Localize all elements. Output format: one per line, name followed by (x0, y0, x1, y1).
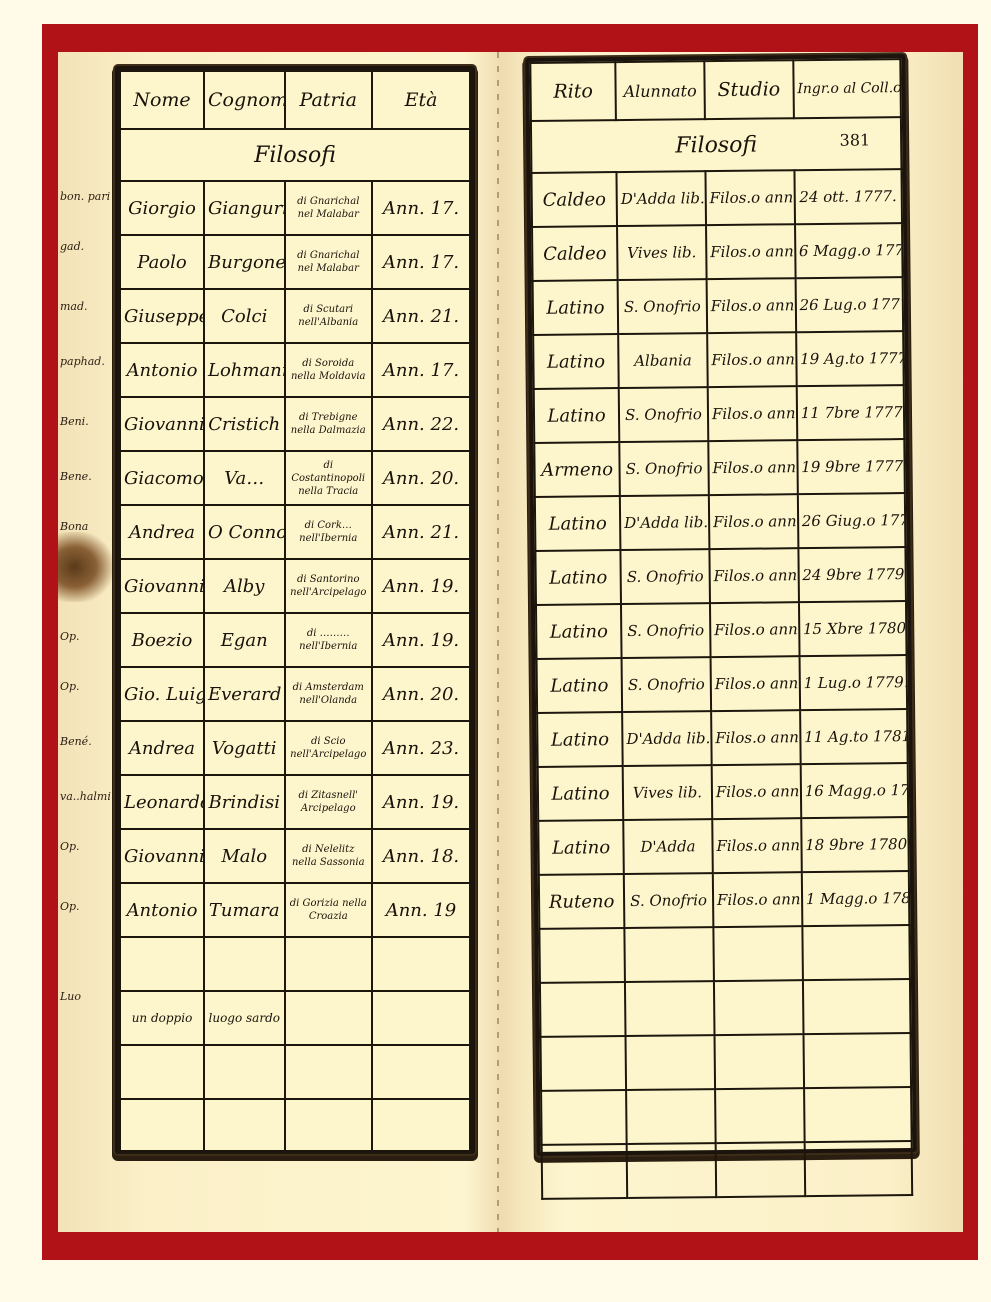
cell-patria (285, 937, 373, 991)
cell-ingresso: 26 Giug.o 1778. (798, 493, 906, 548)
enrollment-table: Rito Alunnato Studio Ingr.o al Coll.o Fi… (529, 58, 913, 1200)
cell-cognome: Malo (204, 829, 285, 883)
cell-nome: Antonio (120, 883, 204, 937)
section-title: Filosofi (675, 132, 757, 158)
cell-ingresso: 18 9bre 1780. (801, 817, 909, 872)
column-header-alunnato: Alunnato (615, 61, 704, 120)
cell-studio: Filos.o ann. 2. (708, 386, 797, 441)
table-row: GiuseppeColcidi Scutari nell'AlbaniaAnn.… (120, 289, 470, 343)
cell-cognome: Tumara (204, 883, 285, 937)
cell-cognome: Brindisi (204, 775, 285, 829)
cell-studio: Filos.o ann. 2. (705, 170, 794, 225)
table-row: AntonioLohmanndi Soroida nella MoldaviaA… (120, 343, 470, 397)
cell-studio: Filos.o ann. 2. (713, 872, 802, 927)
margin-note: mad. (60, 300, 88, 313)
cell-rito: Caldeo (532, 226, 618, 281)
cell-nome (120, 1099, 204, 1153)
cell-eta: Ann. 21. (372, 289, 470, 343)
cell-alunnato: D'Adda lib. (617, 171, 706, 226)
table-row: GiorgioGianguridedi Gnarichal nel Malaba… (120, 181, 470, 235)
table-row: LatinoVives lib.Filos.o ann. 2.16 Magg.o… (538, 763, 909, 821)
cell-patria: di Gnarichal nel Malabar (285, 181, 373, 235)
cell-patria (285, 1045, 373, 1099)
cell-cognome: Alby (204, 559, 285, 613)
cell-rito: Latino (535, 550, 621, 605)
cell-rito: Latino (534, 388, 620, 443)
cell-eta: Ann. 19. (372, 559, 470, 613)
cell-alunnato: D'Adda (623, 819, 712, 874)
margin-note: Op. (60, 680, 80, 693)
column-header-patria: Patria (285, 71, 373, 129)
table-row (120, 1045, 470, 1099)
cell-nome: Paolo (120, 235, 204, 289)
cell-ingresso: 15 Xbre 1780. (799, 601, 907, 656)
cell-alunnato: S. Onofrio (622, 657, 711, 712)
table-row: LatinoAlbaniaFilos.o ann. 2.19 Ag.to 177… (533, 331, 904, 389)
cell-studio: Filos.o ann. 2. (709, 494, 798, 549)
table-row: CaldeoD'Adda lib.Filos.o ann. 2.24 ott. … (531, 169, 902, 227)
table-row: LatinoS. OnofrioFilos.o ann. 2.1 Lug.o 1… (537, 655, 908, 713)
table-row: ArmenoS. OnofrioFilos.o ann. 2.19 9bre 1… (534, 439, 905, 497)
table-row: AndreaO Connordi Cork… nell'IberniaAnn. … (120, 505, 470, 559)
margin-note: paphad. (60, 355, 105, 368)
table-row: GiovanniMalodi Nelelitz nella SassoniaAn… (120, 829, 470, 883)
cell-eta: Ann. 22. (372, 397, 470, 451)
cell-cognome: Va… (204, 451, 285, 505)
cell-alunnato: S. Onofrio (624, 873, 713, 928)
table-row: LatinoS. OnofrioFilos.o ann. 2.24 9bre 1… (535, 547, 906, 605)
cell-alunnato: Albania (618, 333, 707, 388)
cell-alunnato: S. Onofrio (618, 279, 707, 334)
cell-cognome: O Connor (204, 505, 285, 559)
margin-note: Bené. (60, 735, 92, 748)
cell-studio: Filos.o ann. 2. (712, 764, 801, 819)
cell-ingresso: 1 Magg.o 1783. (801, 871, 909, 926)
cell-eta: Ann. 17. (372, 235, 470, 289)
column-header-nome: Nome (120, 71, 204, 129)
table-row: LeonardoBrindisidi Zitasnell' Arcipelago… (120, 775, 470, 829)
cell-eta: Ann. 20. (372, 451, 470, 505)
cell-ingresso (803, 979, 911, 1034)
cell-patria: di Scio nell'Arcipelago (285, 721, 373, 775)
right-page-table: Rito Alunnato Studio Ingr.o al Coll.o Fi… (525, 54, 916, 1156)
cell-cognome: Colci (204, 289, 285, 343)
cell-studio (713, 926, 802, 981)
cell-studio (714, 1034, 803, 1089)
cell-rito: Armeno (534, 442, 620, 497)
cell-eta: Ann. 19. (372, 775, 470, 829)
cell-nome (120, 1045, 204, 1099)
table-row: AndreaVogattidi Scio nell'ArcipelagoAnn.… (120, 721, 470, 775)
cell-eta: Ann. 19 (372, 883, 470, 937)
cell-eta: Ann. 21. (372, 505, 470, 559)
cell-rito: Caldeo (531, 172, 617, 227)
margin-note: gad. (60, 240, 84, 253)
table-row: PaoloBurgonevodi Gnarichal nel MalabarAn… (120, 235, 470, 289)
cell-ingresso: 11 7bre 1777. (796, 385, 904, 440)
cell-patria: di Amsterdam nell'Olanda (285, 667, 373, 721)
cell-rito (539, 928, 625, 983)
cell-cognome (204, 1099, 285, 1153)
margin-note: Bona (60, 520, 88, 533)
cell-eta (372, 1045, 470, 1099)
cell-studio: Filos.o ann. 2. (706, 278, 795, 333)
column-header-ingresso: Ingr.o al Coll.o (793, 59, 901, 118)
cell-alunnato: D'Adda lib. (622, 711, 711, 766)
cell-rito (540, 982, 626, 1037)
cell-patria: di Cork… nell'Ibernia (285, 505, 373, 559)
cell-ingresso: 19 9bre 1777. (797, 439, 905, 494)
column-header-rito: Rito (530, 62, 616, 121)
section-row: Filosofi 381 (531, 117, 902, 173)
table-row: GiovanniCristichdi Trebigne nella Dalmaz… (120, 397, 470, 451)
table-row (541, 1087, 912, 1145)
students-table: Nome Cognome Patria Età Filosofi Giorgio… (119, 70, 471, 1154)
cell-nome: Antonio (120, 343, 204, 397)
cell-eta: Ann. 18. (372, 829, 470, 883)
cell-rito: Latino (537, 712, 623, 767)
cell-ingresso: 24 ott. 1777. (794, 169, 902, 224)
cell-ingresso: 26 Lug.o 1777. (795, 277, 903, 332)
cell-nome: un doppio (120, 991, 204, 1045)
cell-nome: Giovanni (120, 559, 204, 613)
cell-eta: Ann. 20. (372, 667, 470, 721)
cell-rito (541, 1090, 627, 1145)
cell-rito (541, 1036, 627, 1091)
table-row (540, 979, 911, 1037)
table-row (120, 1099, 470, 1153)
cell-cognome: Cristich (204, 397, 285, 451)
cell-ingresso: 24 9bre 1779. (798, 547, 906, 602)
left-page-table: Nome Cognome Patria Età Filosofi Giorgio… (115, 66, 475, 1154)
cell-patria (285, 991, 373, 1045)
ink-stain (58, 532, 113, 602)
cell-nome: Gio. Luigi (120, 667, 204, 721)
cell-eta (372, 1099, 470, 1153)
cell-nome: Andrea (120, 505, 204, 559)
cell-alunnato: Vives lib. (617, 225, 706, 280)
margin-note: Bene. (60, 470, 92, 483)
cell-ingresso (804, 1087, 912, 1142)
folio-number: 381 (839, 130, 870, 149)
table-row (541, 1033, 912, 1091)
cell-cognome: Lohmann (204, 343, 285, 397)
cell-nome: Giovanni (120, 829, 204, 883)
cell-ingresso: 6 Magg.o 1777. (795, 223, 903, 278)
cell-rito: Ruteno (539, 874, 625, 929)
cell-alunnato: Vives lib. (623, 765, 712, 820)
cell-eta: Ann. 23. (372, 721, 470, 775)
column-header-cognome: Cognome (204, 71, 285, 129)
cell-studio (714, 980, 803, 1035)
cell-ingresso: 1 Lug.o 1779. (799, 655, 907, 710)
margin-note: Beni. (60, 415, 89, 428)
cell-cognome: Burgonevo (204, 235, 285, 289)
cell-studio: Filos.o ann. 2. (708, 440, 797, 495)
cell-rito: Latino (538, 766, 624, 821)
cell-rito: Latino (536, 604, 622, 659)
cell-eta (372, 991, 470, 1045)
cell-rito: Latino (538, 820, 624, 875)
cell-cognome (204, 1045, 285, 1099)
cell-ingresso: 19 Ag.to 1777. (796, 331, 904, 386)
cell-ingresso (804, 1141, 912, 1196)
table-row: GiacomoVa…di Costantinopoli nella Tracia… (120, 451, 470, 505)
cell-studio: Filos.o ann. 2. (710, 656, 799, 711)
table-row (542, 1141, 913, 1199)
table-row: LatinoS. OnofrioFilos.o ann. 2.11 7bre 1… (534, 385, 905, 443)
cell-nome: Leonardo (120, 775, 204, 829)
column-header-studio: Studio (704, 60, 793, 119)
table-row: GiovanniAlbydi Santorino nell'Arcipelago… (120, 559, 470, 613)
table-row (539, 925, 910, 983)
cell-alunnato (627, 1143, 716, 1198)
cell-eta: Ann. 17. (372, 181, 470, 235)
header-row: Nome Cognome Patria Età (120, 71, 470, 129)
table-row: RutenoS. OnofrioFilos.o ann. 2.1 Magg.o … (539, 871, 910, 929)
cell-cognome: Vogatti (204, 721, 285, 775)
margin-note: Luo (60, 990, 81, 1003)
table-row: LatinoD'AddaFilos.o ann. 2.18 9bre 1780. (538, 817, 909, 875)
cell-patria: di Nelelitz nella Sassonia (285, 829, 373, 883)
cell-nome: Giuseppe (120, 289, 204, 343)
cell-ingresso (803, 1033, 911, 1088)
book-gutter (497, 52, 499, 1232)
cell-alunnato: S. Onofrio (619, 387, 708, 442)
table-row: BoezioEgandi ……… nell'IberniaAnn. 19. (120, 613, 470, 667)
cell-studio: Filos.o ann. 2. (712, 818, 801, 873)
table-row: LatinoS. OnofrioFilos.o ann. 2.26 Lug.o … (533, 277, 904, 335)
table-row: LatinoD'Adda lib.Filos.o ann. 2.26 Giug.… (535, 493, 906, 551)
cell-patria: di Zitasnell' Arcipelago (285, 775, 373, 829)
cell-patria: di Costantinopoli nella Tracia (285, 451, 373, 505)
cell-alunnato (626, 1035, 715, 1090)
margin-note: Op. (60, 630, 80, 643)
cell-nome (120, 937, 204, 991)
cell-nome: Giacomo (120, 451, 204, 505)
cell-alunnato (626, 1089, 715, 1144)
cell-eta: Ann. 19. (372, 613, 470, 667)
cell-eta (372, 937, 470, 991)
cell-patria: di Trebigne nella Dalmazia (285, 397, 373, 451)
cell-rito: Latino (537, 658, 623, 713)
table-row: LatinoS. OnofrioFilos.o ann. 2.15 Xbre 1… (536, 601, 907, 659)
table-row: CaldeoVives lib.Filos.o ann. 2.6 Magg.o … (532, 223, 903, 281)
header-row: Rito Alunnato Studio Ingr.o al Coll.o (530, 59, 901, 121)
cell-patria (285, 1099, 373, 1153)
cell-patria: di Gnarichal nel Malabar (285, 235, 373, 289)
cell-nome: Andrea (120, 721, 204, 775)
table-row (120, 937, 470, 991)
cell-nome: Boezio (120, 613, 204, 667)
cell-cognome: Egan (204, 613, 285, 667)
cell-patria: di Scutari nell'Albania (285, 289, 373, 343)
cell-rito: Latino (533, 280, 619, 335)
cell-cognome: Gianguride (204, 181, 285, 235)
cell-rito: Latino (533, 334, 619, 389)
table-row: un doppioluogo sardo (120, 991, 470, 1045)
cell-rito: Latino (535, 496, 621, 551)
cell-cognome: luogo sardo (204, 991, 285, 1045)
cell-studio: Filos.o ann. 2. (707, 332, 796, 387)
cell-alunnato: S. Onofrio (621, 549, 710, 604)
cell-ingresso: 16 Magg.o 1780. (800, 763, 908, 818)
section-row: Filosofi (120, 129, 470, 181)
column-header-eta: Età (372, 71, 470, 129)
cell-rito (542, 1144, 628, 1199)
cell-alunnato: S. Onofrio (619, 441, 708, 496)
cell-studio: Filos.o ann. 2. (709, 548, 798, 603)
table-row: AntonioTumaradi Gorizia nella CroaziaAnn… (120, 883, 470, 937)
cell-cognome: Everard (204, 667, 285, 721)
cell-patria: di Gorizia nella Croazia (285, 883, 373, 937)
cell-studio: Filos.o ann. 2. (706, 224, 795, 279)
cell-patria: di Santorino nell'Arcipelago (285, 559, 373, 613)
cell-ingresso: 11 Ag.to 1781. (800, 709, 908, 764)
margin-note: Op. (60, 900, 80, 913)
margin-note: Op. (60, 840, 80, 853)
cell-alunnato (625, 981, 714, 1036)
cell-patria: di ……… nell'Ibernia (285, 613, 373, 667)
cell-eta: Ann. 17. (372, 343, 470, 397)
cell-nome: Giorgio (120, 181, 204, 235)
cell-alunnato: S. Onofrio (621, 603, 710, 658)
cell-cognome (204, 937, 285, 991)
cell-patria: di Soroida nella Moldavia (285, 343, 373, 397)
cell-studio (716, 1142, 805, 1197)
cell-studio: Filos.o ann. 2. (710, 602, 799, 657)
cell-alunnato: D'Adda lib. (620, 495, 709, 550)
cell-ingresso (802, 925, 910, 980)
section-title: Filosofi (120, 129, 470, 181)
margin-note: va..halmi (60, 790, 111, 803)
cell-nome: Giovanni (120, 397, 204, 451)
cell-alunnato (624, 927, 713, 982)
cell-studio (715, 1088, 804, 1143)
table-row: LatinoD'Adda lib.Filos.o ann. 2.11 Ag.to… (537, 709, 908, 767)
cell-studio: Filos.o ann. 2. (711, 710, 800, 765)
table-row: Gio. LuigiEverarddi Amsterdam nell'Oland… (120, 667, 470, 721)
